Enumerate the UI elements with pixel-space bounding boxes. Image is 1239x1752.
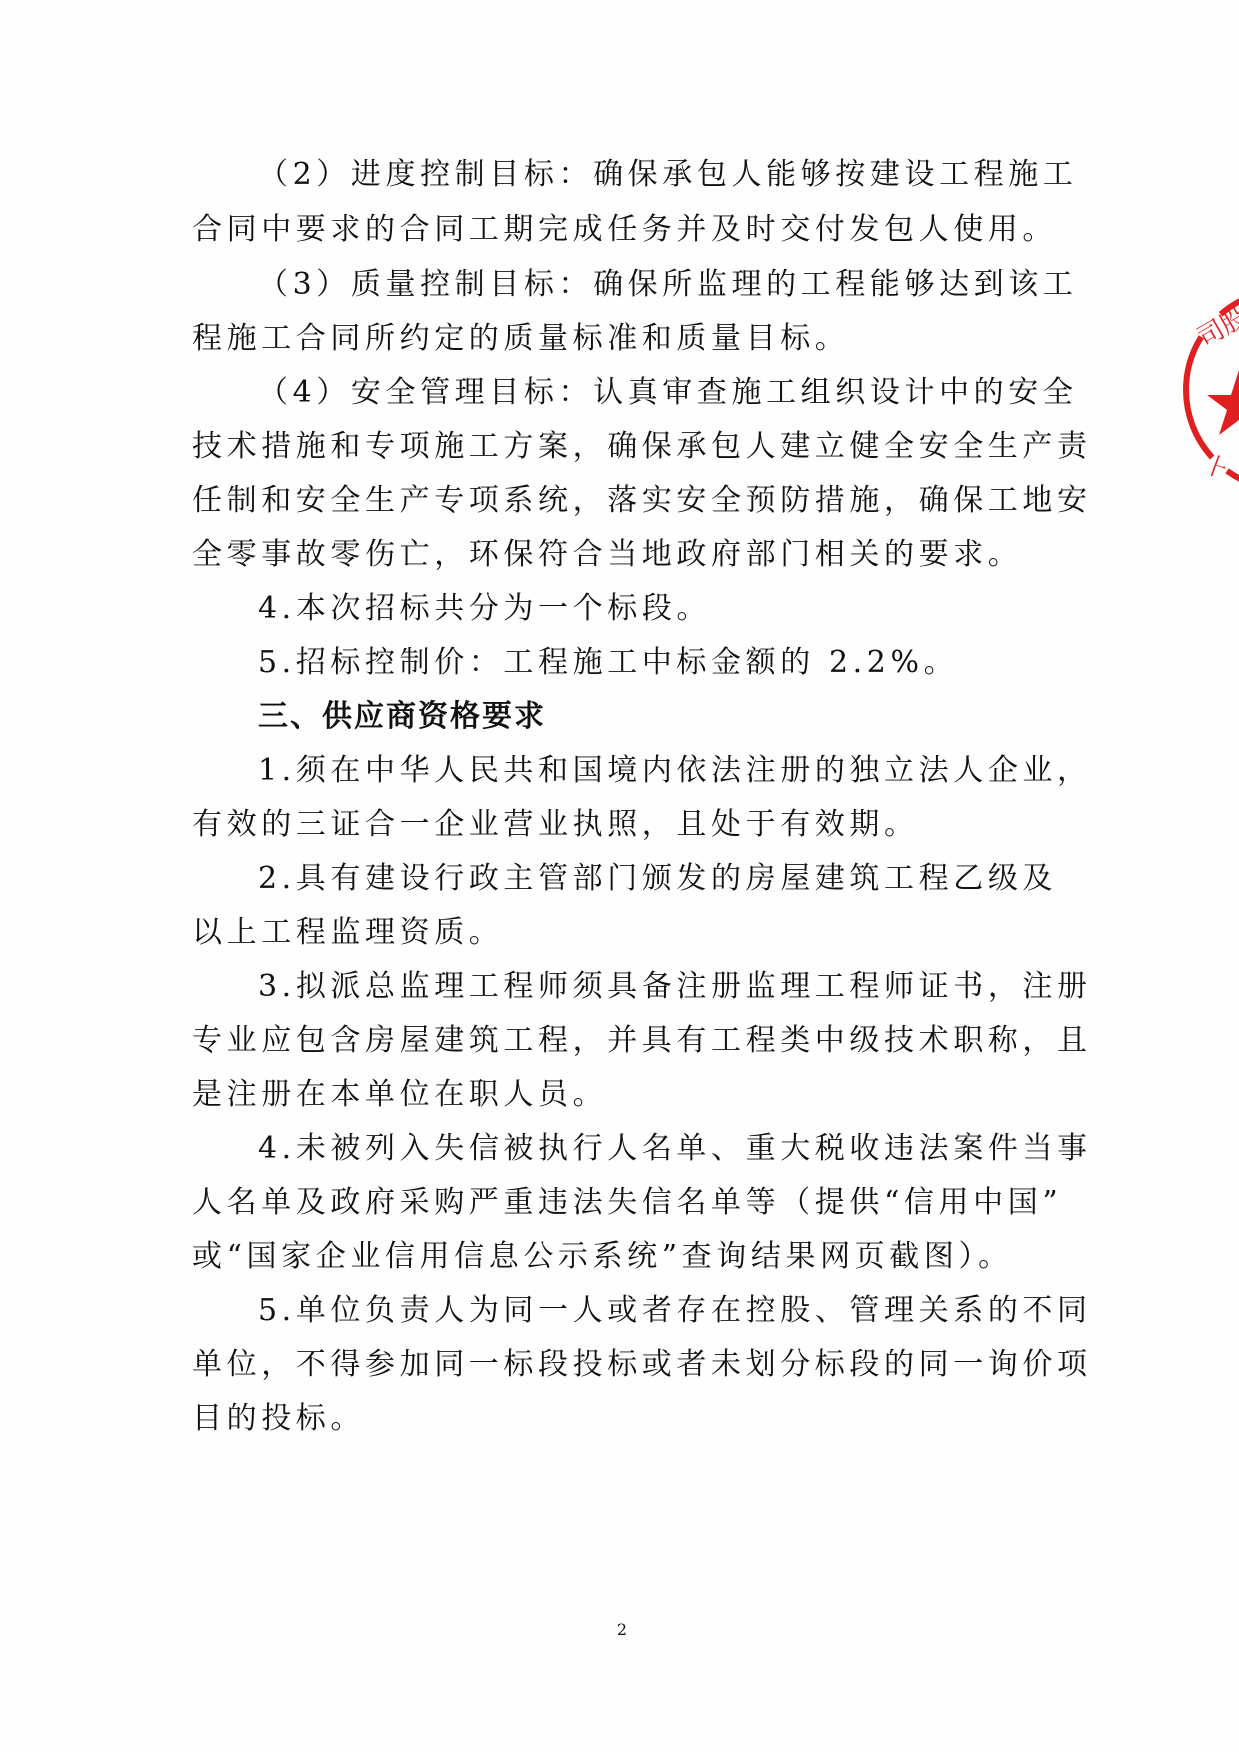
req-4-line-2: 人名单及政府采购严重违法失信名单等（提供“信用中国” [192,1183,1052,1223]
req-5-line-1: 5.单位负责人为同一人或者存在控股、管理关系的不同 [258,1291,1118,1331]
req-2-line-2: 以上工程监理资质。 [192,913,1052,953]
progress-goal-line-1: （2）进度控制目标：确保承包人能够按建设工程施工 [258,155,1118,195]
item-5-price: 5.招标控制价：工程施工中标金额的 2.2%。 [258,643,1118,683]
item-4-sections: 4.本次招标共分为一个标段。 [258,589,1118,629]
quality-goal-line-2: 程施工合同所约定的质量标准和质量目标。 [192,319,1052,359]
req-2-line-1: 2.具有建设行政主管部门颁发的房屋建筑工程乙级及 [258,859,1118,899]
quality-goal-line-1: （3）质量控制目标：确保所监理的工程能够达到该工 [258,265,1118,305]
section-heading: 三、供应商资格要求 [258,697,1118,737]
page-number: 2 [612,1620,632,1640]
req-4-line-3: 或“国家企业信用信息公示系统”查询结果网页截图）。 [192,1237,1052,1277]
req-1-line-2: 有效的三证合一企业营业执照，且处于有效期。 [192,805,1052,845]
req-1-line-1: 1.须在中华人民共和国境内依法注册的独立法人企业， [258,751,1118,791]
safety-goal-line-4: 全零事故零伤亡，环保符合当地政府部门相关的要求。 [192,535,1052,575]
company-seal-stamp: 司股 ⺊ [1176,275,1239,525]
document-page: （2）进度控制目标：确保承包人能够按建设工程施工 合同中要求的合同工期完成任务并… [0,0,1239,1752]
safety-goal-line-2: 技术措施和专项施工方案，确保承包人建立健全安全生产责 [192,427,1052,467]
svg-text:⺊: ⺊ [1201,450,1233,485]
req-5-line-3: 目的投标。 [192,1399,1052,1439]
req-4-line-1: 4.未被列入失信被执行人名单、重大税收违法案件当事 [258,1129,1118,1169]
req-3-line-1: 3.拟派总监理工程师须具备注册监理工程师证书，注册 [258,967,1118,1007]
req-3-line-2: 专业应包含房屋建筑工程，并具有工程类中级技术职称，且 [192,1021,1052,1061]
safety-goal-line-1: （4）安全管理目标：认真审查施工组织设计中的安全 [258,373,1118,413]
progress-goal-line-2: 合同中要求的合同工期完成任务并及时交付发包人使用。 [192,210,1052,250]
req-5-line-2: 单位，不得参加同一标段投标或者未划分标段的同一询价项 [192,1345,1052,1385]
seal-icon: 司股 ⺊ [1176,275,1239,525]
safety-goal-line-3: 任制和安全生产专项系统，落实安全预防措施，确保工地安 [192,481,1052,521]
req-3-line-3: 是注册在本单位在职人员。 [192,1075,1052,1115]
